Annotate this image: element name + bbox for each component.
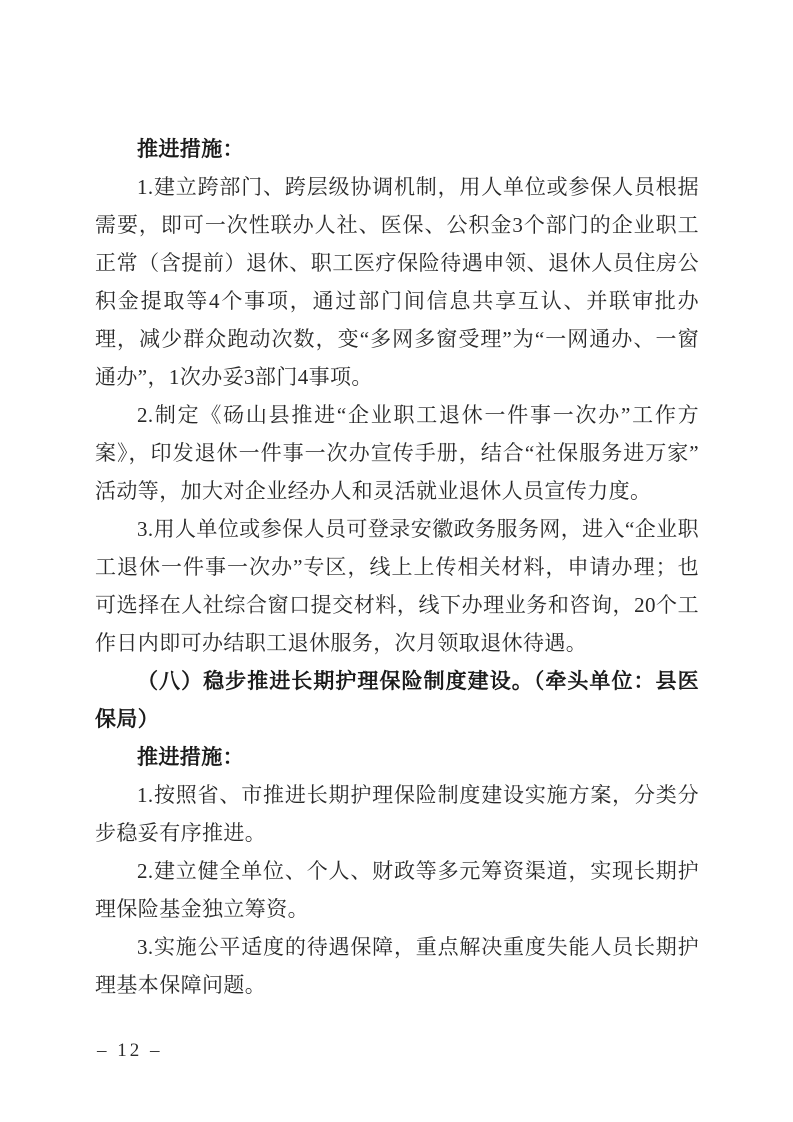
heading-section-8: （八）稳步推进长期护理保险制度建设。（牵头单位：县医保局） <box>95 662 699 738</box>
document-page: 推进措施： 1.建立跨部门、跨层级协调机制，用人单位或参保人员根据需要，即可一次… <box>0 0 793 1122</box>
heading-push-measures-1: 推进措施： <box>95 130 699 168</box>
para-section7-measure-1: 1.建立跨部门、跨层级协调机制，用人单位或参保人员根据需要，即可一次性联办人社、… <box>95 168 699 396</box>
para-section8-measure-1: 1.按照省、市推进长期护理保险制度建设实施方案，分类分步稳妥有序推进。 <box>95 776 699 852</box>
para-section7-measure-3: 3.用人单位或参保人员可登录安徽政务服务网，进入“企业职工退休一件事一次办”专区… <box>95 510 699 662</box>
heading-push-measures-2: 推进措施： <box>95 738 699 776</box>
document-body: 推进措施： 1.建立跨部门、跨层级协调机制，用人单位或参保人员根据需要，即可一次… <box>95 130 699 1004</box>
para-section8-measure-3: 3.实施公平适度的待遇保障，重点解决重度失能人员长期护理基本保障问题。 <box>95 928 699 1004</box>
para-section7-measure-2: 2.制定《砀山县推进“企业职工退休一件事一次办”工作方案》，印发退休一件事一次办… <box>95 396 699 510</box>
page-number: – 12 – <box>97 1040 163 1062</box>
para-section8-measure-2: 2.建立健全单位、个人、财政等多元筹资渠道，实现长期护理保险基金独立筹资。 <box>95 852 699 928</box>
